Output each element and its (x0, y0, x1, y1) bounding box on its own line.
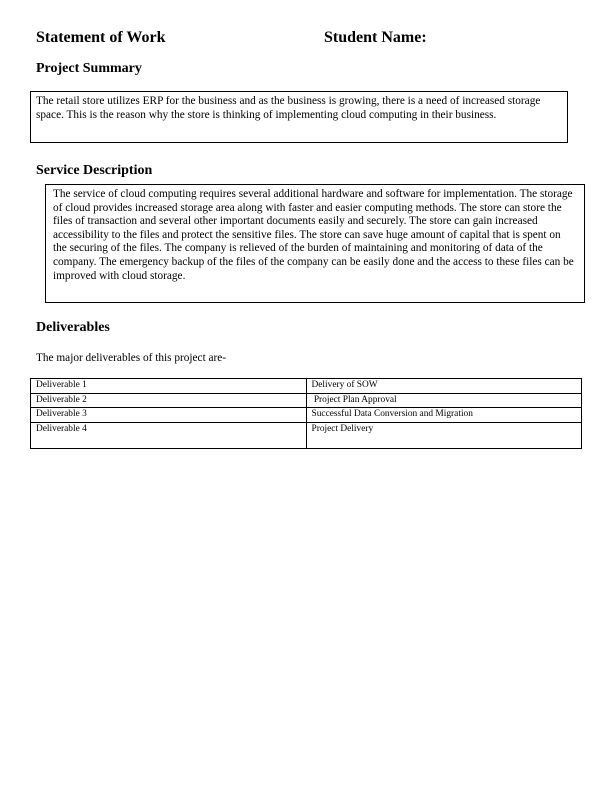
student-name-label: Student Name: (324, 29, 427, 47)
table-row: Deliverable 4 Project Delivery (31, 422, 582, 448)
deliverable-name: Deliverable 2 (31, 393, 307, 408)
deliverable-description: Project Plan Approval (306, 393, 582, 408)
service-description-text: The service of cloud computing requires … (53, 188, 577, 283)
deliverables-heading: Deliverables (36, 320, 110, 336)
deliverable-name: Deliverable 3 (31, 408, 307, 423)
deliverable-description: Project Delivery (306, 422, 582, 448)
deliverables-table: Deliverable 1 Delivery of SOW Deliverabl… (30, 378, 582, 449)
document-title: Statement of Work (36, 29, 165, 47)
table-row: Deliverable 1 Delivery of SOW (31, 379, 582, 394)
project-summary-box: The retail store utilizes ERP for the bu… (30, 91, 568, 143)
deliverable-name: Deliverable 4 (31, 422, 307, 448)
deliverable-description: Successful Data Conversion and Migration (306, 408, 582, 423)
service-description-box: The service of cloud computing requires … (45, 184, 585, 303)
service-description-heading: Service Description (36, 163, 152, 179)
deliverable-description: Delivery of SOW (306, 379, 582, 394)
project-summary-text: The retail store utilizes ERP for the bu… (36, 95, 556, 122)
deliverable-name: Deliverable 1 (31, 379, 307, 394)
table-row: Deliverable 3 Successful Data Conversion… (31, 408, 582, 423)
deliverables-intro: The major deliverables of this project a… (36, 352, 226, 366)
project-summary-heading: Project Summary (36, 61, 142, 77)
table-row: Deliverable 2 Project Plan Approval (31, 393, 582, 408)
